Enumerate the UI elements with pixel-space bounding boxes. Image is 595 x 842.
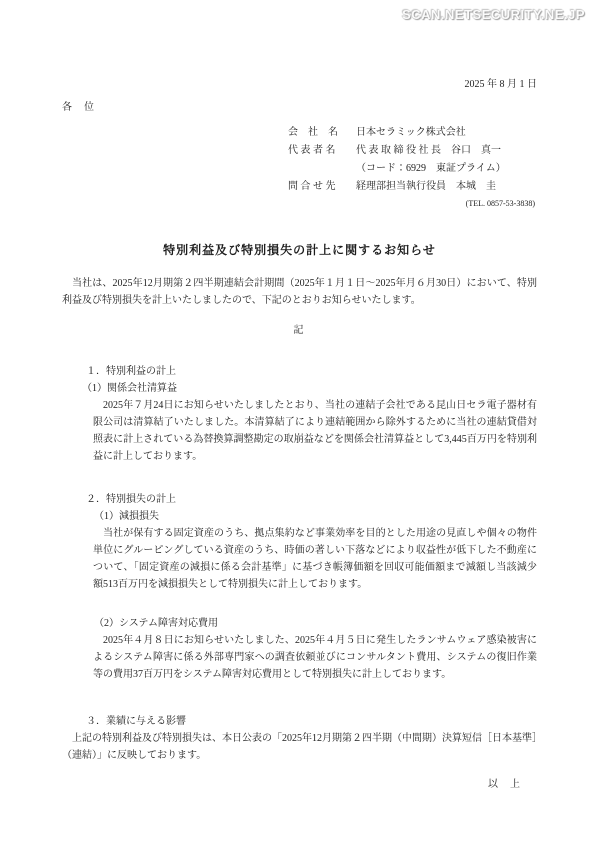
contact-tel: (TEL. 0857-53-3838) <box>288 196 537 212</box>
section-earnings-impact: ３．業績に与える影響 上記の特別利益及び特別損失は、本日公表の「2025年12月… <box>62 713 537 764</box>
section1-item1-subheading: （1）関係会社清算益 <box>82 380 537 397</box>
closing-mark: 以 上 <box>62 776 537 793</box>
section2-item2-body: 2025年４月８日にお知らせいたしました、2025年４月５日に発生したランサムウ… <box>93 632 537 683</box>
intro-paragraph: 当社は、2025年12月期第２四半期連結会計期間（2025年１月１日～2025年… <box>62 275 537 309</box>
contact-row: 問 合 せ 先 経理部担当執行役員 本城 圭 <box>288 178 537 196</box>
section3-heading: ３．業績に与える影響 <box>86 713 537 730</box>
section2-heading: ２．特別損失の計上 <box>86 491 537 508</box>
document-page: SCAN.NETSECURITY.NE.JP 2025 年 8 月 1 日 各 … <box>0 0 595 842</box>
company-name-row: 会 社 名 日本セラミック株式会社 <box>288 124 537 142</box>
section2-item1-body: 当社が保有する固定資産のうち、拠点集約など事業効率を目的とした用途の見直しや個々… <box>93 525 537 593</box>
representative-value: 代 表 取 締 役 社 長 谷口 真一 <box>356 142 537 160</box>
record-mark: 記 <box>62 322 537 339</box>
company-info-block: 会 社 名 日本セラミック株式会社 代 表 者 名 代 表 取 締 役 社 長 … <box>288 124 537 212</box>
company-name-label: 会 社 名 <box>288 124 350 142</box>
contact-label: 問 合 せ 先 <box>288 178 350 196</box>
section-special-losses: ２．特別損失の計上 （1）減損損失 当社が保有する固定資産のうち、拠点集約など事… <box>62 491 537 683</box>
document-title: 特別利益及び特別損失の計上に関するお知らせ <box>62 242 537 259</box>
section2-item2-subheading: （2）システム障害対応費用 <box>94 615 537 632</box>
scan-watermark: SCAN.NETSECURITY.NE.JP <box>402 6 585 23</box>
stock-code-label <box>288 160 350 178</box>
section3-body: 上記の特別利益及び特別損失は、本日公表の「2025年12月期第２四半期（中間期）… <box>62 730 537 764</box>
section-special-gains: １．特別利益の計上 （1）関係会社清算益 2025年７月24日にお知らせいたしま… <box>62 363 537 465</box>
stock-code-row: （コード：6929 東証プライム） <box>288 160 537 178</box>
document-date: 2025 年 8 月 1 日 <box>62 76 537 93</box>
section2-item1-subheading: （1）減損損失 <box>94 508 537 525</box>
company-name-value: 日本セラミック株式会社 <box>356 124 537 142</box>
representative-label: 代 表 者 名 <box>288 142 350 160</box>
section1-item1-body: 2025年７月24日にお知らせいたしましたとおり、当社の連結子会社である昆山日セ… <box>93 397 537 465</box>
stock-code-value: （コード：6929 東証プライム） <box>356 160 537 178</box>
addressee: 各 位 <box>62 99 537 116</box>
representative-row: 代 表 者 名 代 表 取 締 役 社 長 谷口 真一 <box>288 142 537 160</box>
contact-value: 経理部担当執行役員 本城 圭 <box>356 178 537 196</box>
section1-heading: １．特別利益の計上 <box>86 363 537 380</box>
